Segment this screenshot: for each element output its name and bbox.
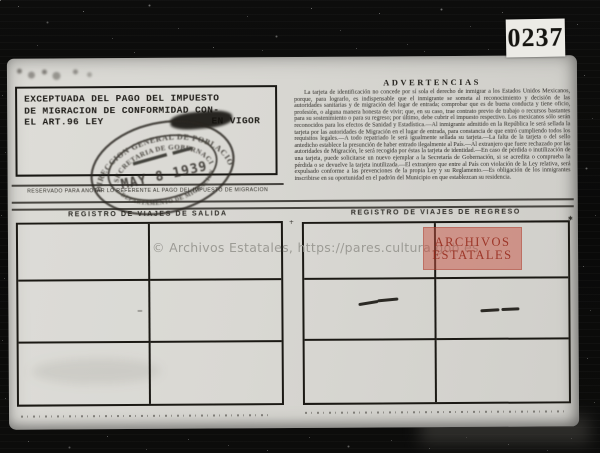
archive-number-plate: 0237 — [506, 18, 566, 57]
table-cell — [18, 281, 150, 344]
microprint-line — [305, 410, 565, 414]
table-cell — [150, 342, 282, 404]
archivos-estatales-watermark: ARCHIVOS ESTATALES — [423, 227, 522, 270]
table-cell — [437, 339, 569, 402]
film-noise-specks — [0, 0, 1, 1]
oval-date-stamp: DIRECCION GENERAL DE POBLACION SECRETARI… — [84, 115, 245, 221]
table-cell — [304, 279, 436, 341]
registration-mark: + — [289, 219, 294, 226]
advertencias-title: ADVERTENCIAS — [294, 76, 570, 88]
pen-mark — [137, 310, 142, 312]
table-cell — [150, 280, 282, 343]
archive-number: 0237 — [507, 23, 564, 54]
watermark-line-1: ARCHIVOS — [435, 236, 511, 249]
watermark-line-2: ESTATALES — [432, 249, 512, 262]
table-cell — [18, 224, 150, 282]
advertencias-body: La tarjeta de identificación no concede … — [294, 88, 571, 182]
microprint-line — [21, 414, 271, 418]
pencil-smudge-marks — [17, 69, 22, 74]
table-cell — [19, 343, 151, 405]
regreso-table-title: REGISTRO DE VIAJES DE REGRESO — [298, 208, 574, 217]
table-cell — [305, 340, 437, 403]
